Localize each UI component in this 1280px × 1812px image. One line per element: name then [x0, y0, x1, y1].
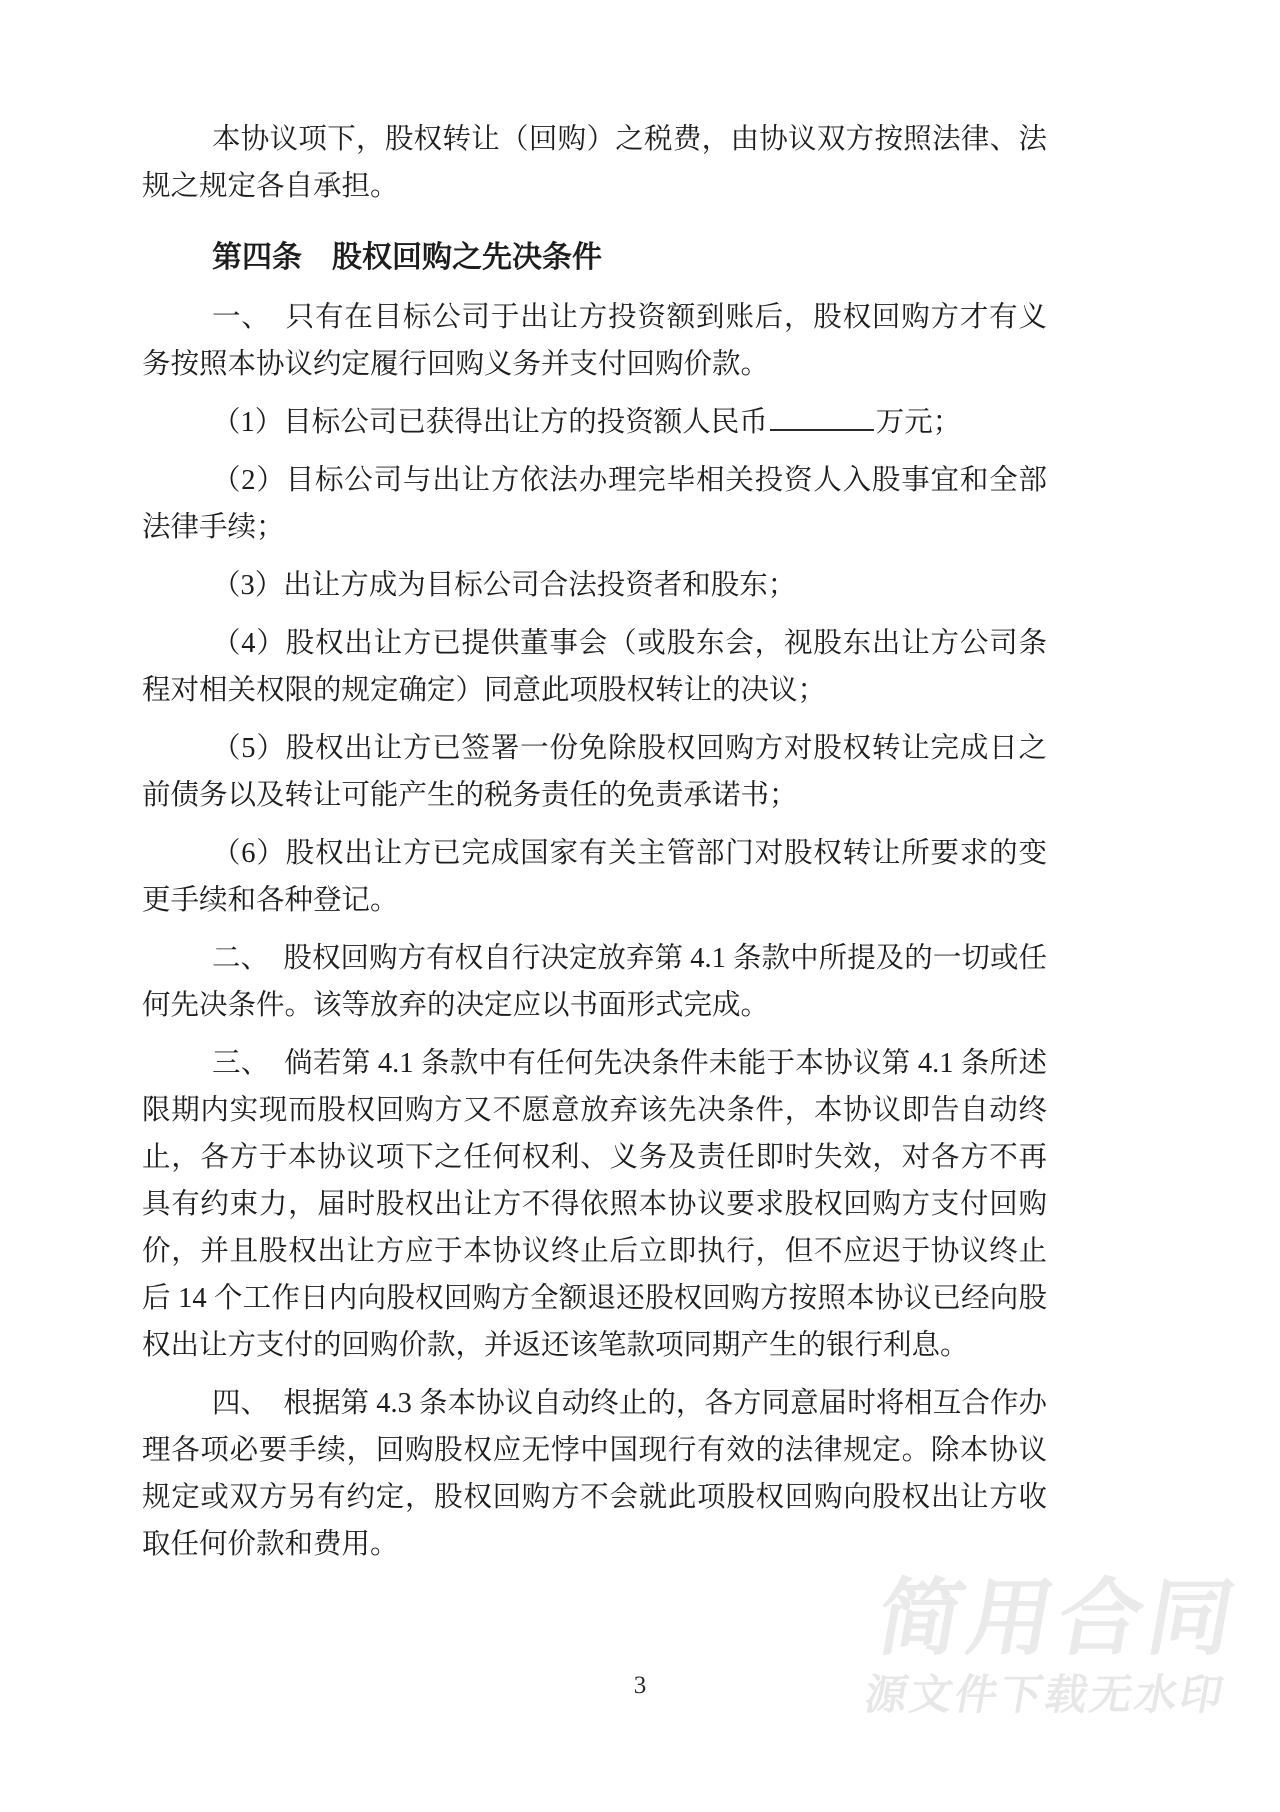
- clause-4-2-paragraph: 二、 股权回购方有权自行决定放弃第 4.1 条款中所提及的一切或任何先决条件。该…: [142, 935, 1047, 1029]
- condition-item-3: （3）出让方成为目标公司合法投资者和股东；: [142, 562, 1047, 609]
- condition-item-6: （6）股权出让方已完成国家有关主管部门对股权转让所要求的变更手续和各种登记。: [142, 830, 1047, 924]
- tax-allocation-paragraph: 本协议项下，股权转让（回购）之税费，由协议双方按照法律、法规之规定各自承担。: [142, 116, 1047, 210]
- investment-amount-blank: [770, 427, 874, 431]
- condition-item-4: （4）股权出让方已提供董事会（或股东会，视股东出让方公司条程对相关权限的规定确定…: [142, 620, 1047, 714]
- contract-document-body: 本协议项下，股权转让（回购）之税费，由协议双方按照法律、法规之规定各自承担。 第…: [142, 116, 1047, 1579]
- clause-4-4-paragraph: 四、 根据第 4.3 条本协议自动终止的，各方同意届时将相互合作办理各项必要手续…: [142, 1380, 1047, 1568]
- condition-item-2: （2）目标公司与出让方依法办理完毕相关投资人入股事宜和全部法律手续；: [142, 457, 1047, 551]
- condition-item-1-text: （1）目标公司已获得出让方的投资额人民币: [212, 407, 768, 438]
- clause-4-1-paragraph: 一、 只有在目标公司于出让方投资额到账后，股权回购方才有义务按照本协议约定履行回…: [142, 294, 1047, 388]
- condition-item-1-unit: 万元；: [876, 407, 962, 438]
- condition-item-1: （1）目标公司已获得出让方的投资额人民币万元；: [142, 399, 1047, 446]
- condition-item-5: （5）股权出让方已签署一份免除股权回购方对股权转让完成日之前债务以及转让可能产生…: [142, 725, 1047, 819]
- clause-4-3-paragraph: 三、 倘若第 4.1 条款中有任何先决条件未能于本协议第 4.1 条所述限期内实…: [142, 1040, 1047, 1369]
- watermark-brand-text: 简用合同: [872, 1576, 1247, 1660]
- article-4-heading: 第四条 股权回购之先决条件: [142, 236, 1047, 280]
- page-number: 3: [0, 1672, 1280, 1700]
